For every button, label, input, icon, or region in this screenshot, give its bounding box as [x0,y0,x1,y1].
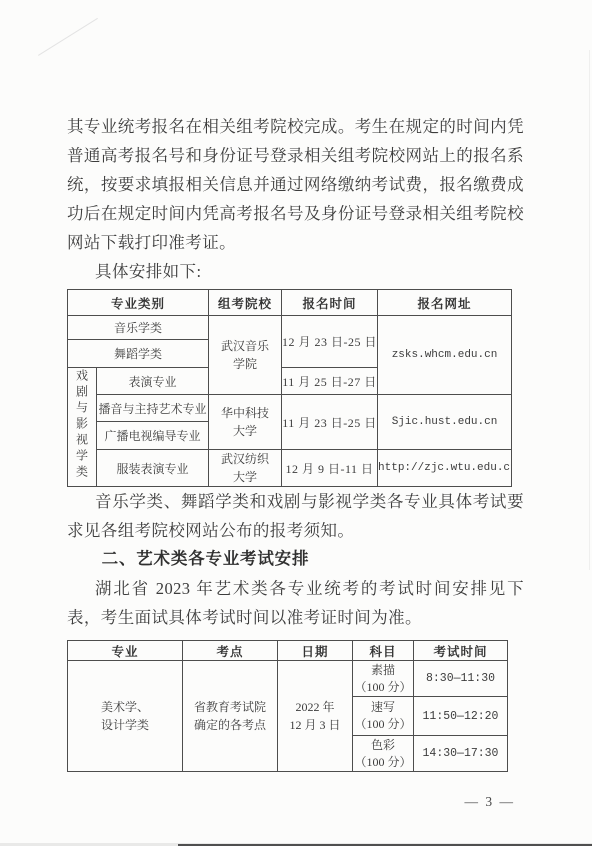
cell-group-drama-film: 戏剧与影视学类 [68,368,97,487]
body-paragraph-3: 湖北省 2023 年艺术类各专业统考的考试时间安排见下表，考生面试具体考试时间以… [67,574,524,632]
table-row: 音乐学类 武汉音乐 学院 12 月 23 日-25 日 zsks.whcm.ed… [68,316,512,340]
cell-time-quicksketch: 11:50—12:20 [414,697,508,736]
registration-table: 专业类别 组考院校 报名时间 报名网址 音乐学类 武汉音乐 学院 12 月 23… [67,289,512,487]
header-exam-site: 考点 [183,641,278,661]
section-heading: 二、艺术类各专业考试安排 [67,545,524,574]
cell-time-wtu: 12 月 9 日-11 日 [282,450,378,487]
cell-subject-color: 色彩 （100 分） [353,736,414,772]
body-paragraph-2: 音乐学类、舞蹈学类和戏剧与影视学类各专业具体考试要求见各组考院校网站公布的报考须… [67,487,524,545]
cell-time-hust: 11 月 23 日-25 日 [282,395,378,450]
header-organizing-school: 组考院校 [209,290,282,316]
cell-school-wuhan-music: 武汉音乐 学院 [209,316,282,395]
cell-major-fine-arts-design: 美术学、 设计学类 [68,661,183,772]
cell-school-hust: 华中科技 大学 [209,395,282,450]
cell-site-whcm: zsks.whcm.edu.cn [378,316,512,395]
header-exam-time: 考试时间 [414,641,508,661]
header-subject: 科目 [353,641,414,661]
page-crease-artifact [38,18,98,56]
table-row: 美术学、 设计学类 省教育考试院 确定的各考点 2022 年 12 月 3 日 … [68,661,508,697]
header-major-category: 专业类别 [68,290,209,316]
body-paragraph-1: 其专业统考报名在相关组考院校完成。考生在规定的时间内凭普通高考报名号和身份证号登… [67,112,524,257]
cell-major-fashion-performance: 服装表演专业 [97,450,209,487]
header-major: 专业 [68,641,183,661]
scanned-page: 其专业统考报名在相关组考院校完成。考生在规定的时间内凭普通高考报名号和身份证号登… [0,0,592,846]
cell-site-wtu: http://zjc.wtu.edu.cn/ [378,450,512,487]
scan-right-edge [589,50,590,570]
cell-subject-sketch: 素描 （100 分） [353,661,414,697]
cell-time-sketch: 8:30—11:30 [414,661,508,697]
page-number: — 3 — [465,794,516,810]
table-header-row: 专业 考点 日期 科目 考试时间 [68,641,508,661]
table-header-row: 专业类别 组考院校 报名时间 报名网址 [68,290,512,316]
header-registration-website: 报名网址 [378,290,512,316]
cell-time-music-dance: 12 月 23 日-25 日 [282,316,378,368]
table-row: 服装表演专业 武汉纺织 大学 12 月 9 日-11 日 http://zjc.… [68,450,512,487]
cell-site-hust: Sjic.hust.edu.cn [378,395,512,450]
cell-major-radio-tv-directing: 广播电视编导专业 [97,422,209,450]
page-content: 其专业统考报名在相关组考院校完成。考生在规定的时间内凭普通高考报名号和身份证号登… [67,112,524,772]
table-row: 播音与主持艺术专业 华中科技 大学 11 月 23 日-25 日 Sjic.hu… [68,395,512,422]
cell-subject-quicksketch: 速写 （100 分） [353,697,414,736]
cell-school-wtu: 武汉纺织 大学 [209,450,282,487]
cell-major-music: 音乐学类 [68,316,209,340]
exam-schedule-table: 专业 考点 日期 科目 考试时间 美术学、 设计学类 省教育考试院 确定的各考点… [67,640,508,772]
cell-major-performance: 表演专业 [97,368,209,395]
cell-major-dance: 舞蹈学类 [68,340,209,368]
cell-time-color: 14:30—17:30 [414,736,508,772]
cell-exam-sites: 省教育考试院 确定的各考点 [183,661,278,772]
cell-major-broadcasting-hosting: 播音与主持艺术专业 [97,395,209,422]
header-date: 日期 [278,641,353,661]
cell-exam-date: 2022 年 12 月 3 日 [278,661,353,772]
arrangement-lead-in: 具体安排如下: [67,257,524,286]
header-registration-time: 报名时间 [282,290,378,316]
cell-time-performance: 11 月 25 日-27 日 [282,368,378,395]
vertical-group-label: 戏剧与影视学类 [74,369,91,481]
